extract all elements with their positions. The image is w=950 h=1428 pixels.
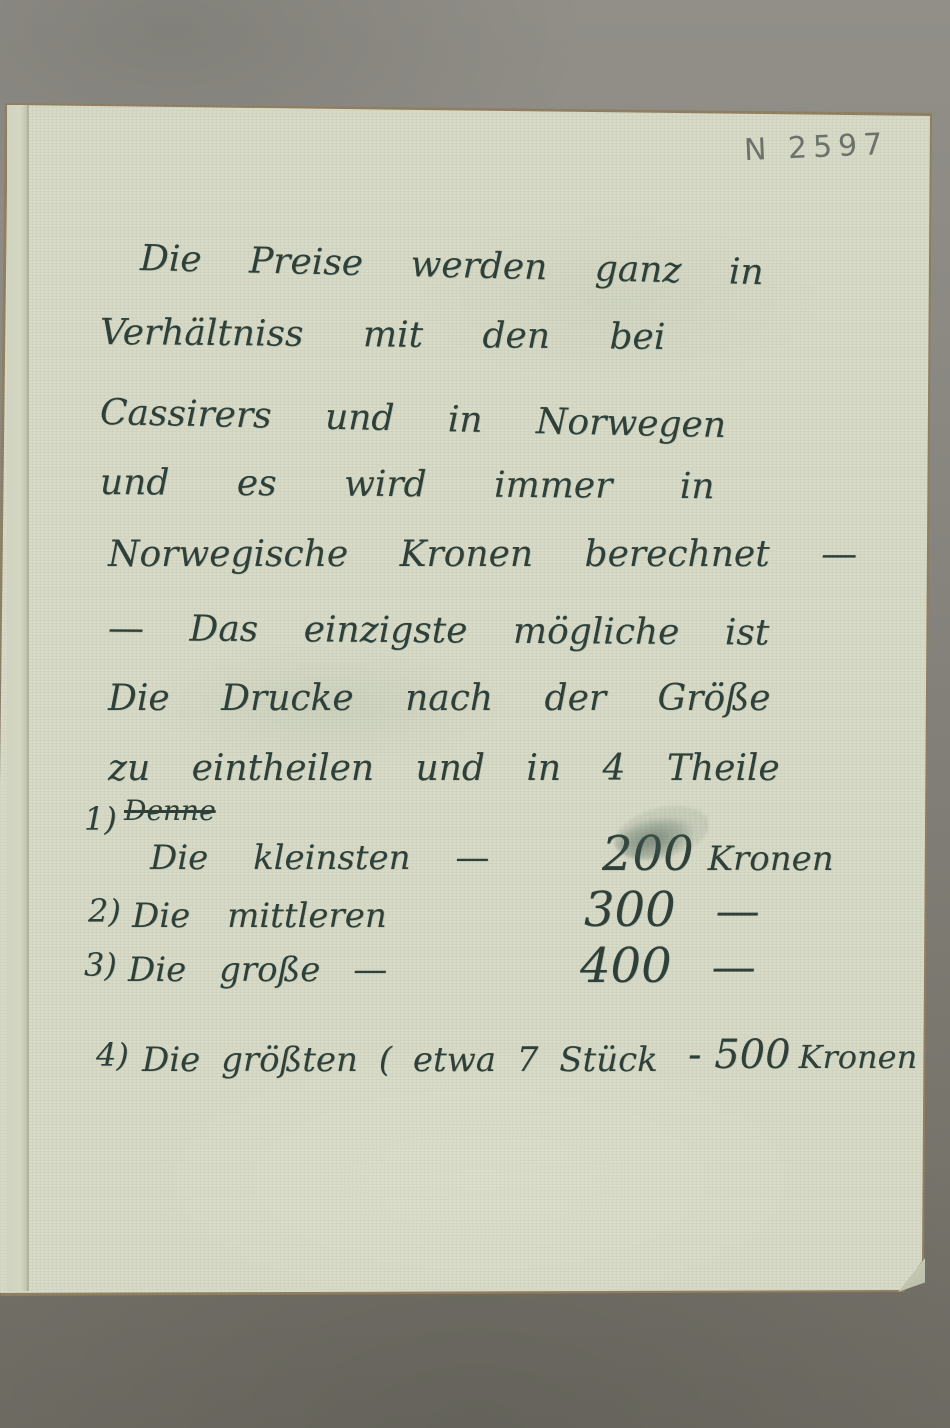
price-item-4-unit: Kronen	[799, 1038, 918, 1076]
price-item-2-unit: —	[716, 886, 760, 937]
price-item-1-crossed-out: Denne	[124, 794, 216, 827]
price-item-1-unit: Kronen	[708, 839, 834, 879]
price-item-3-amount: 400	[580, 938, 672, 994]
price-item-3-label: Die große —	[128, 950, 387, 990]
handwritten-line-5: Norwegische Kronen berechnet —	[108, 534, 857, 575]
price-item-2-label: Die mittleren	[132, 896, 387, 936]
handwritten-line-6: — Das einzigste mögliche ist	[108, 608, 770, 654]
handwritten-line-2: Verhältniss mit den bei	[100, 312, 666, 358]
price-item-1-label: Die kleinsten —	[150, 838, 489, 878]
price-item-3-marker: 3)	[84, 946, 117, 984]
price-item-4-label: Die größten ( etwa 7 Stück	[142, 1040, 658, 1080]
price-item-4-price: - 500Kronen	[688, 1032, 917, 1078]
handwritten-line-7: Die Drucke nach der Größe	[108, 678, 771, 719]
handwritten-line-4: und es wird immer in	[100, 462, 715, 507]
price-item-2-price: 300—	[584, 882, 760, 938]
price-item-3-unit: —	[712, 942, 756, 993]
price-item-3-price: 400—	[580, 938, 756, 994]
folded-sheet-edge	[7, 105, 29, 1291]
price-item-4-marker: 4)	[96, 1036, 129, 1074]
price-item-2-marker: 2)	[88, 892, 121, 930]
price-item-1-marker: 1)	[84, 800, 117, 838]
price-item-2-amount: 300	[584, 882, 676, 938]
catalog-number: N 2597	[743, 127, 889, 168]
handwritten-line-8: zu eintheilen und in 4 Theile	[108, 748, 780, 789]
price-item-4-amount: - 500	[688, 1032, 791, 1078]
